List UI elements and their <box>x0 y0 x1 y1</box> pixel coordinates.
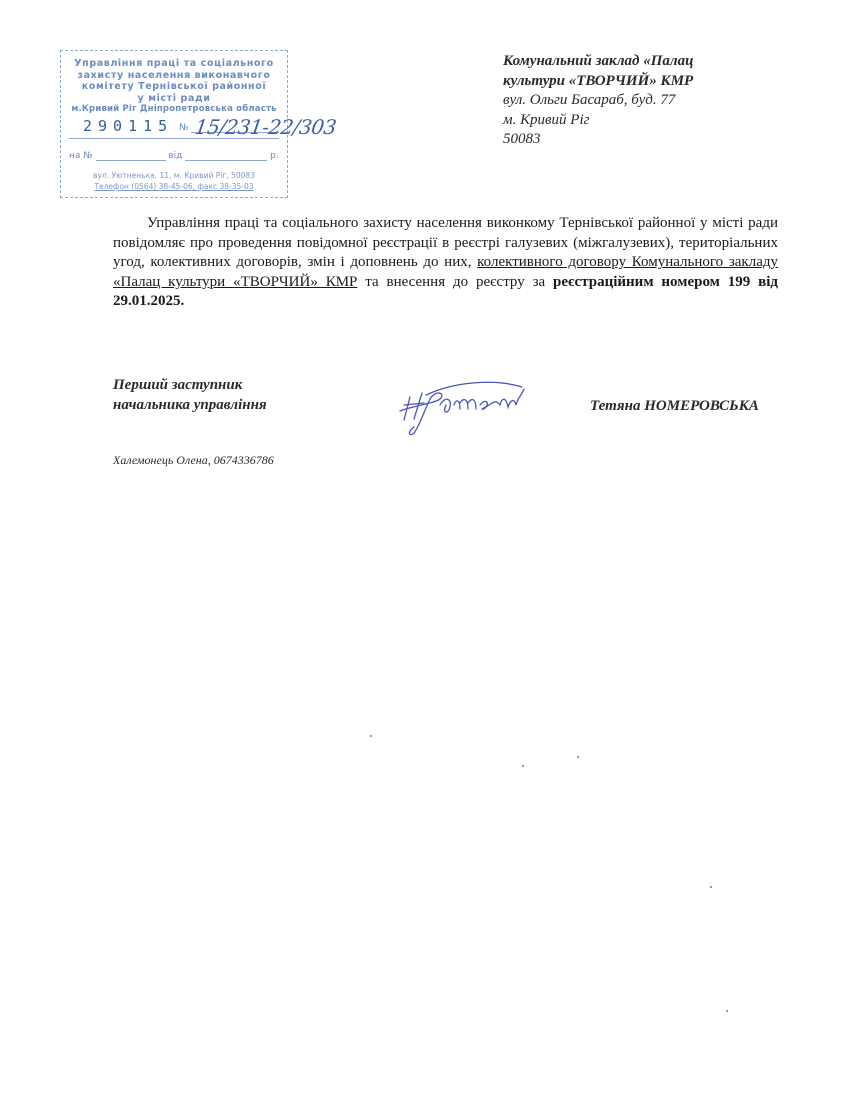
stamp-from-label: від <box>168 151 182 161</box>
stamp-reply-label: на № <box>69 151 93 161</box>
stamp-org-line: комітету Тернівської районної <box>61 81 287 93</box>
addressee-line: Комунальний заклад «Палац <box>503 52 693 72</box>
scan-speck <box>577 756 579 758</box>
addressee-city: м. Кривий Ріг <box>503 111 693 131</box>
signatory-title: Перший заступник начальника управління <box>113 376 267 415</box>
stamp-phone: Телефон (0564) 38-45-06, факс 38-35-03 <box>61 182 287 192</box>
stamp-org-line: м.Кривий Ріг Дніпропетровська область <box>61 104 287 116</box>
addressee-line: культури «ТВОРЧИЙ» КМР <box>503 72 693 92</box>
addressee-block: Комунальний заклад «Палац культури «ТВОР… <box>503 52 693 150</box>
addressee-postcode: 50083 <box>503 130 693 150</box>
stamp-handwritten-number: 15/231-22/303 <box>193 115 337 139</box>
executor-contact: Халемонець Олена, 0674336786 <box>113 453 274 468</box>
stamp-date: 290115 <box>83 117 173 135</box>
signatory-title-line: Перший заступник <box>113 376 267 396</box>
body-date-prefix: від <box>758 274 778 290</box>
letter-body: Управління праці та соціального захисту … <box>113 214 778 312</box>
scan-speck <box>522 765 524 767</box>
stamp-year-suffix: р. <box>270 151 279 161</box>
scan-speck <box>726 1010 728 1012</box>
body-reg-date: 29.01.2025. <box>113 293 184 309</box>
body-reg-number: 199 <box>720 274 758 290</box>
stamp-number-label: № <box>179 123 188 133</box>
registration-stamp: Управління праці та соціального захисту … <box>60 50 288 198</box>
stamp-divider <box>69 138 279 139</box>
stamp-org-line: у місті ради <box>61 93 287 105</box>
addressee-street: вул. Ольги Басараб, буд. 77 <box>503 91 693 111</box>
body-reg-label: реєстраційним номером <box>553 274 720 290</box>
handwritten-signature-icon <box>396 375 536 440</box>
scan-speck <box>370 735 372 737</box>
stamp-organization: Управління праці та соціального захисту … <box>61 58 287 116</box>
stamp-org-line: захисту населення виконавчого <box>61 70 287 82</box>
body-text-part2: та внесення до реєстру за <box>357 274 553 290</box>
stamp-address: вул. Уютненька, 11, м. Кривий Ріг, 50083 <box>61 171 287 181</box>
stamp-org-line: Управління праці та соціального <box>61 58 287 70</box>
stamp-reply-row: на № від р. <box>69 151 279 165</box>
signatory-name: Тетяна НОМЕРОВСЬКА <box>590 398 759 415</box>
signatory-title-line: начальника управління <box>113 396 267 416</box>
scan-speck <box>710 886 712 888</box>
